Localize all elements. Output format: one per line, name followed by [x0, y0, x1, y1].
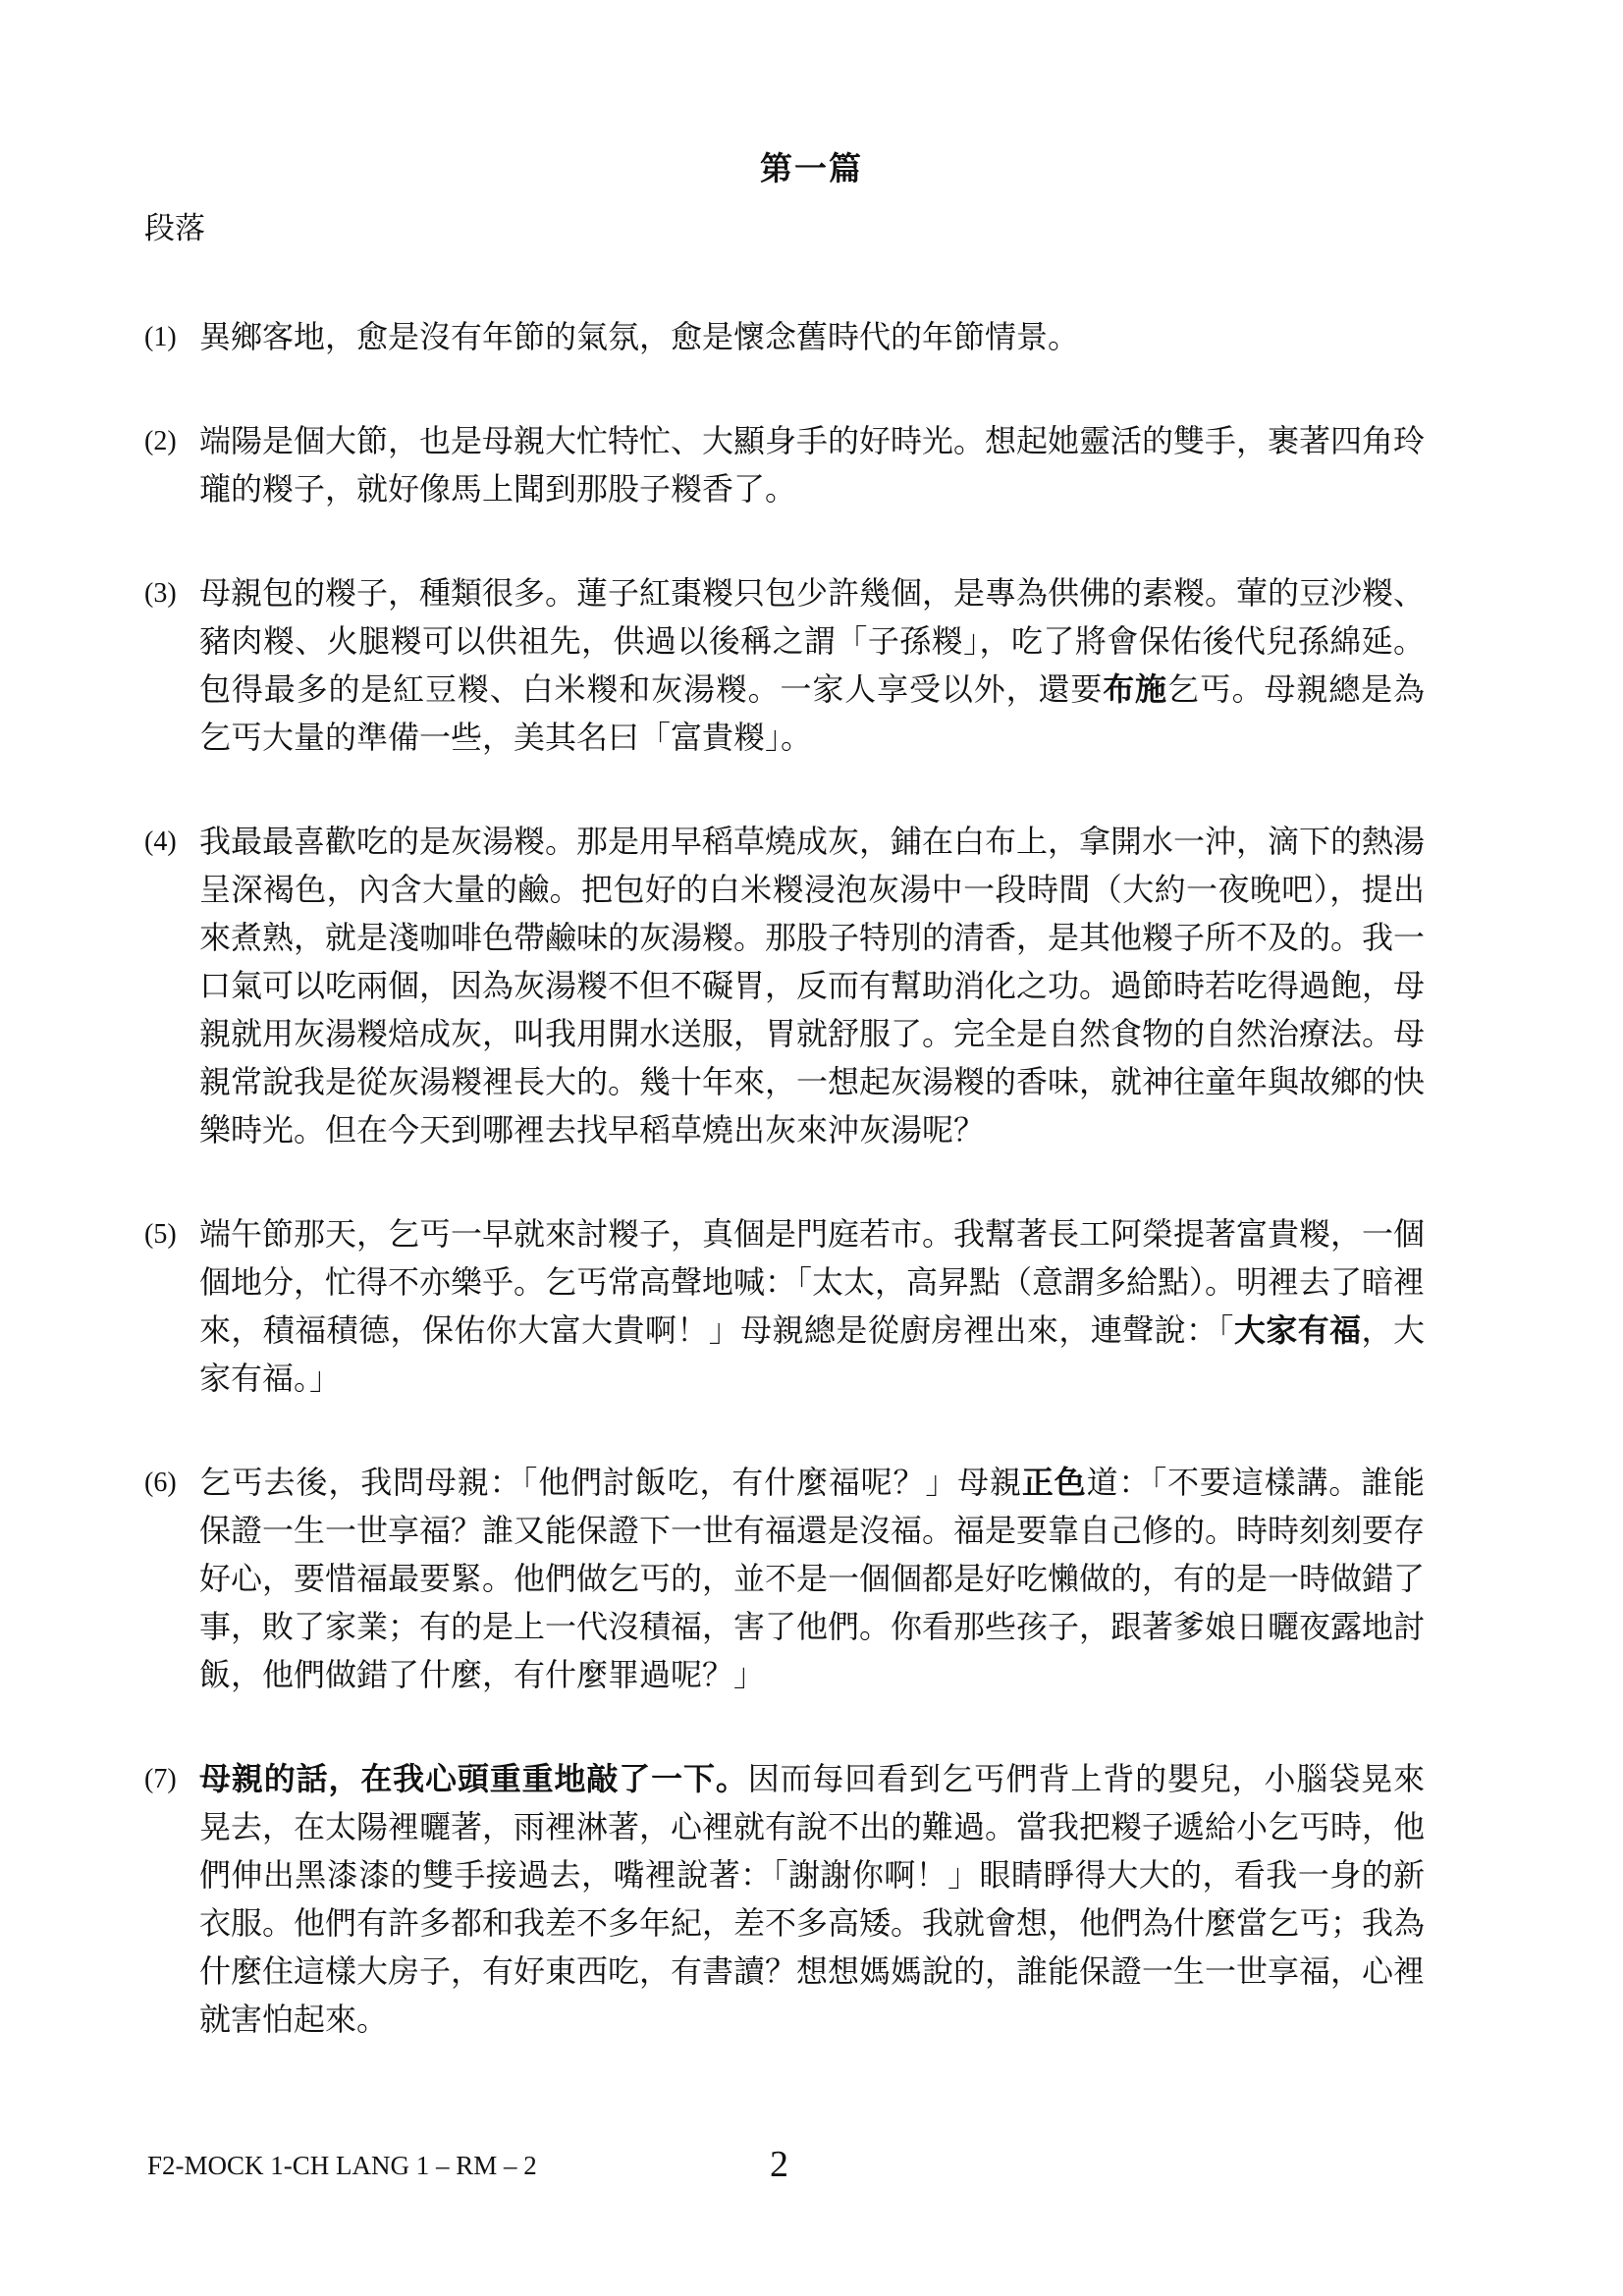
paragraph-3: (3)母親包的糉子，種類很多。蓮子紅棗糉只包少許幾個，是專為供佛的素糉。葷的豆沙… [144, 569, 1425, 762]
paragraph-number: (3) [144, 569, 199, 617]
paragraph-text: 端午節那天，乞丐一早就來討糉子，真個是門庭若市。我幫著長工阿榮提著富貴糉，一個個… [199, 1210, 1425, 1403]
paragraph-2: (2)端陽是個大節，也是母親大忙特忙、大顯身手的好時光。想起她靈活的雙手，裹著四… [144, 417, 1425, 513]
paragraph-number: (7) [144, 1755, 199, 1803]
paragraph-text: 我最最喜歡吃的是灰湯糉。那是用早稻草燒成灰，鋪在白布上，拿開水一沖，滴下的熱湯呈… [199, 818, 1425, 1154]
paragraph-6: (6)乞丐去後，我問母親：「他們討飯吃，有什麼福呢？」母親正色道：「不要這樣講。… [144, 1459, 1425, 1699]
paragraph-1: (1)異鄉客地，愈是沒有年節的氣氛，愈是懷念舊時代的年節情景。 [144, 313, 1425, 361]
body-text: 我最最喜歡吃的是灰湯糉。那是用早稻草燒成灰，鋪在白布上，拿開水一沖，滴下的熱湯呈… [199, 824, 1425, 1148]
paragraph-number: (6) [144, 1459, 199, 1507]
emphasis-text: 布施 [1103, 671, 1167, 707]
document-page: 第一篇 段落 (1)異鄉客地，愈是沒有年節的氣氛，愈是懷念舊時代的年節情景。(2… [0, 0, 1623, 2296]
paragraph-text: 母親包的糉子，種類很多。蓮子紅棗糉只包少許幾個，是專為供佛的素糉。葷的豆沙糉、豬… [199, 569, 1425, 762]
paragraph-number: (5) [144, 1210, 199, 1258]
page-title: 第一篇 [0, 0, 1623, 189]
paragraph-text: 異鄉客地，愈是沒有年節的氣氛，愈是懷念舊時代的年節情景。 [199, 313, 1425, 361]
paragraph-4: (4)我最最喜歡吃的是灰湯糉。那是用早稻草燒成灰，鋪在白布上，拿開水一沖，滴下的… [144, 818, 1425, 1154]
body-text: 端陽是個大節，也是母親大忙特忙、大顯身手的好時光。想起她靈活的雙手，裹著四角玲瓏… [199, 423, 1425, 507]
section-label: 段落 [144, 203, 1623, 247]
paragraph-text: 乞丐去後，我問母親：「他們討飯吃，有什麼福呢？」母親正色道：「不要這樣講。誰能保… [199, 1459, 1425, 1699]
paragraph-number: (1) [144, 313, 199, 361]
emphasis-text: 母親的話，在我心頭重重地敲了一下。 [199, 1761, 748, 1796]
paragraph-number: (4) [144, 818, 199, 866]
body-text: 因而每回看到乞丐們背上背的嬰兒，小腦袋晃來晃去，在太陽裡曬著，雨裡淋著，心裡就有… [199, 1761, 1425, 2037]
paragraph-list: (1)異鄉客地，愈是沒有年節的氣氛，愈是懷念舊時代的年節情景。(2)端陽是個大節… [144, 313, 1425, 2044]
paragraph-number: (2) [144, 417, 199, 465]
page-footer: F2-MOCK 1-CH LANG 1 – RM – 2 2 [0, 2143, 1623, 2202]
emphasis-text: 大家有福 [1234, 1312, 1362, 1348]
body-text: 乞丐去後，我問母親：「他們討飯吃，有什麼福呢？」母親 [199, 1465, 1022, 1500]
emphasis-text: 正色 [1022, 1465, 1087, 1500]
paragraph-5: (5)端午節那天，乞丐一早就來討糉子，真個是門庭若市。我幫著長工阿榮提著富貴糉，… [144, 1210, 1425, 1403]
footer-page-number: 2 [0, 2143, 1558, 2186]
paragraph-text: 母親的話，在我心頭重重地敲了一下。因而每回看到乞丐們背上背的嬰兒，小腦袋晃來晃去… [199, 1755, 1425, 2044]
paragraph-7: (7)母親的話，在我心頭重重地敲了一下。因而每回看到乞丐們背上背的嬰兒，小腦袋晃… [144, 1755, 1425, 2044]
paragraph-text: 端陽是個大節，也是母親大忙特忙、大顯身手的好時光。想起她靈活的雙手，裹著四角玲瓏… [199, 417, 1425, 513]
body-text: 異鄉客地，愈是沒有年節的氣氛，愈是懷念舊時代的年節情景。 [199, 319, 1079, 354]
